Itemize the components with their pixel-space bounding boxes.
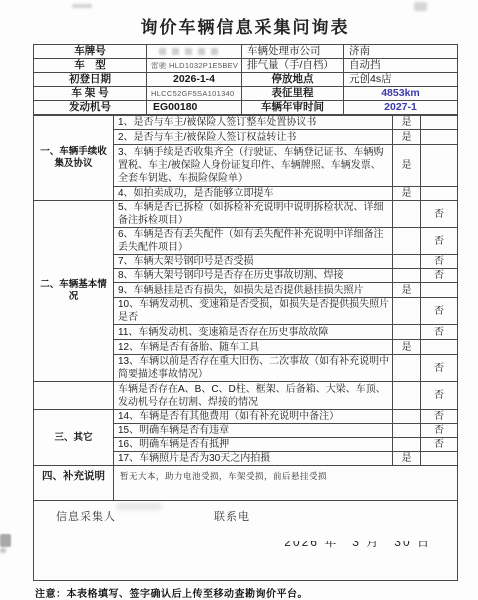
answer-yes: 是: [393, 340, 421, 355]
field-label-city-company: 车辆处理市公司: [242, 45, 344, 59]
field-value-displacement: 自动挡: [344, 59, 458, 73]
answer-no: 否: [421, 410, 458, 424]
question-text: 车辆是否存在A、B、C、D柱、框架、后备箱、大梁、车顶、发动机号存在切割、焊接的…: [114, 382, 393, 410]
collector-label: 信息采集人: [56, 511, 116, 524]
field-label-vin: 车 架 号: [34, 87, 147, 101]
header-table: 车牌号 车辆处理市公司 济南 车 型 雷驰 HLD1032P1E5BEV 排气量…: [33, 44, 458, 115]
question-text: 8、车辆大架号钢印号是否存在历史事故切割、焊接: [114, 269, 393, 283]
answer-yes: 是: [393, 116, 421, 130]
answer-yes: [393, 382, 421, 410]
question-row: 三、其它 14、车辆是否有其他费用（如有补充说明中备注） 否: [34, 410, 458, 424]
scan-artifact: [72, 4, 92, 8]
answer-no: [421, 187, 458, 201]
answer-yes: 是: [393, 145, 421, 187]
section-label-empty: [34, 382, 114, 410]
field-value-vin: HLCC52GF5SA101340: [147, 87, 242, 101]
question-row: 车辆是否存在A、B、C、D柱、框架、后备箱、大梁、车顶、发动机号存在切割、焊接的…: [34, 382, 458, 410]
question-text: 3、车辆手续是否收集齐全（行驶证、车辆登记证书、车辆购置税、车主/被保险人身份证…: [114, 145, 393, 187]
question-text: 1、是否与车主/被保险人签订整车处置协议书: [114, 116, 393, 130]
question-text: 2、是否与车主/被保险人签订权益转让书: [114, 130, 393, 145]
answer-yes: [393, 325, 421, 340]
answer-yes: [393, 438, 421, 452]
question-text: 4、如拍卖成功，是否能够立即提车: [114, 187, 393, 201]
form-body: 车牌号 车辆处理市公司 济南 车 型 雷驰 HLD1032P1E5BEV 排气量…: [33, 44, 457, 581]
field-label-mileage: 表征里程: [242, 87, 344, 101]
question-text: 15、明确车辆是否有违章: [114, 424, 393, 438]
answer-yes: 是: [393, 283, 421, 298]
question-text: 11、车辆发动机、变速箱是否存在历史事故故障: [114, 325, 393, 340]
field-label-first-reg: 初登日期: [34, 73, 147, 87]
section-label-basic-condition: 二、车辆基本情况: [34, 201, 114, 382]
question-text: 17、车辆照片是否为30天之内拍摄: [114, 452, 393, 466]
question-text: 13、车辆以前是否存在重大旧伤、二次事故（如有补充说明中简要描述事故情况）: [114, 355, 393, 382]
answer-yes: [393, 201, 421, 228]
question-text: 12、车辆是否有备胎、随车工具: [114, 340, 393, 355]
signature-smudge: [116, 503, 162, 510]
question-text: 7、车辆大架号钢印号是否受损: [114, 255, 393, 269]
answer-yes: [393, 424, 421, 438]
answer-no: 否: [421, 325, 458, 340]
answer-no: [421, 130, 458, 145]
fill-date-text: 2026 年 3 月 30 日: [284, 541, 431, 548]
supplement-text: 暂无大本，助力电池受损，车架受损，前后悬挂受损: [114, 466, 458, 501]
field-label-displacement: 排气量（手/自档）: [242, 59, 344, 73]
field-label-parking: 停放地点: [242, 73, 344, 87]
field-value-plate: [147, 45, 242, 59]
answer-no: 否: [421, 255, 458, 269]
section-label-others: 三、其它: [34, 410, 114, 466]
question-text: 16、明确车辆是否有抵押: [114, 438, 393, 452]
answer-yes: [393, 269, 421, 283]
question-text: 5、车辆是否已拆检（如拆检补充说明中说明拆检状况、详细备注拆检项目）: [114, 201, 393, 228]
question-row: 二、车辆基本情况 5、车辆是否已拆检（如拆检补充说明中说明拆检状况、详细备注拆检…: [34, 201, 458, 228]
scan-artifact: [414, 2, 427, 11]
answer-no: 否: [421, 424, 458, 438]
answer-yes: [393, 255, 421, 269]
answer-no: 否: [421, 228, 458, 255]
field-label-model: 车 型: [34, 59, 147, 73]
field-value-city-company: 济南: [344, 45, 458, 59]
field-label-engine-no: 发动机号: [34, 101, 147, 115]
answer-no: [421, 452, 458, 466]
answer-no: 否: [421, 355, 458, 382]
field-value-parking: 元创4s店: [344, 73, 458, 87]
answer-no: 否: [421, 201, 458, 228]
answer-no: [421, 145, 458, 187]
answer-no: 否: [421, 382, 458, 410]
scan-artifact: [0, 534, 11, 547]
contact-label: 联系电: [214, 511, 250, 524]
section-label-procedures: 一、车辆手续收集及协议: [34, 116, 114, 201]
scan-artifact: [0, 548, 6, 553]
section-label-supplement: 四、补充说明: [34, 466, 114, 501]
answer-yes: [393, 228, 421, 255]
answer-no: 否: [421, 269, 458, 283]
question-text: 14、车辆是否有其他费用（如有补充说明中备注）: [114, 410, 393, 424]
form-title: 询价车辆信息采集问询表: [33, 13, 457, 38]
field-value-engine-no: EG00180: [147, 101, 242, 115]
field-label-annual-review: 车辆年审时间: [242, 101, 344, 115]
question-text: 9、车辆悬挂是否有损失，如损失是否提供悬挂损失照片: [114, 283, 393, 298]
answer-yes: [393, 355, 421, 382]
fill-date: 2026 年 3 月 30 日: [284, 541, 431, 552]
signature-area: 信息采集人 联系电 2026 年 3 月 30 日: [34, 501, 458, 581]
answer-no: 否: [421, 298, 458, 325]
answer-no: 否: [421, 438, 458, 452]
footnote: 注意：本表格填写、签字确认后上传至移动查勘询价平台。: [35, 585, 478, 600]
question-row: 一、车辆手续收集及协议 1、是否与车主/被保险人签订整车处置协议书 是: [34, 116, 458, 130]
questionnaire-table: 一、车辆手续收集及协议 1、是否与车主/被保险人签订整车处置协议书 是 2、是否…: [33, 115, 458, 581]
field-value-first-reg: 2026-1-4: [147, 73, 242, 87]
supplement-row: 四、补充说明 暂无大本，助力电池受损，车架受损，前后悬挂受损: [34, 466, 458, 501]
answer-no: [421, 340, 458, 355]
answer-yes: [393, 298, 421, 325]
question-text: 6、车辆是否有丢失配件（如有丢失配件补充说明中详细备注丢失配件项目）: [114, 228, 393, 255]
field-value-mileage: 4853km: [344, 87, 458, 101]
field-label-plate: 车牌号: [34, 45, 147, 59]
answer-yes: [393, 410, 421, 424]
license-plate-redacted: [159, 48, 223, 55]
answer-yes: 是: [393, 130, 421, 145]
answer-no: [421, 116, 458, 130]
field-value-annual-review: 2027-1: [344, 101, 458, 115]
field-value-model: 雷驰 HLD1032P1E5BEV: [147, 59, 242, 73]
answer-yes: 是: [393, 187, 421, 201]
signature-row: 信息采集人 联系电 2026 年 3 月 30 日: [34, 501, 458, 581]
answer-yes: 是: [393, 452, 421, 466]
question-text: 10、车辆发动机、变速箱是否受损，如损失是否提供损失照片是否: [114, 298, 393, 325]
answer-no: [421, 283, 458, 298]
